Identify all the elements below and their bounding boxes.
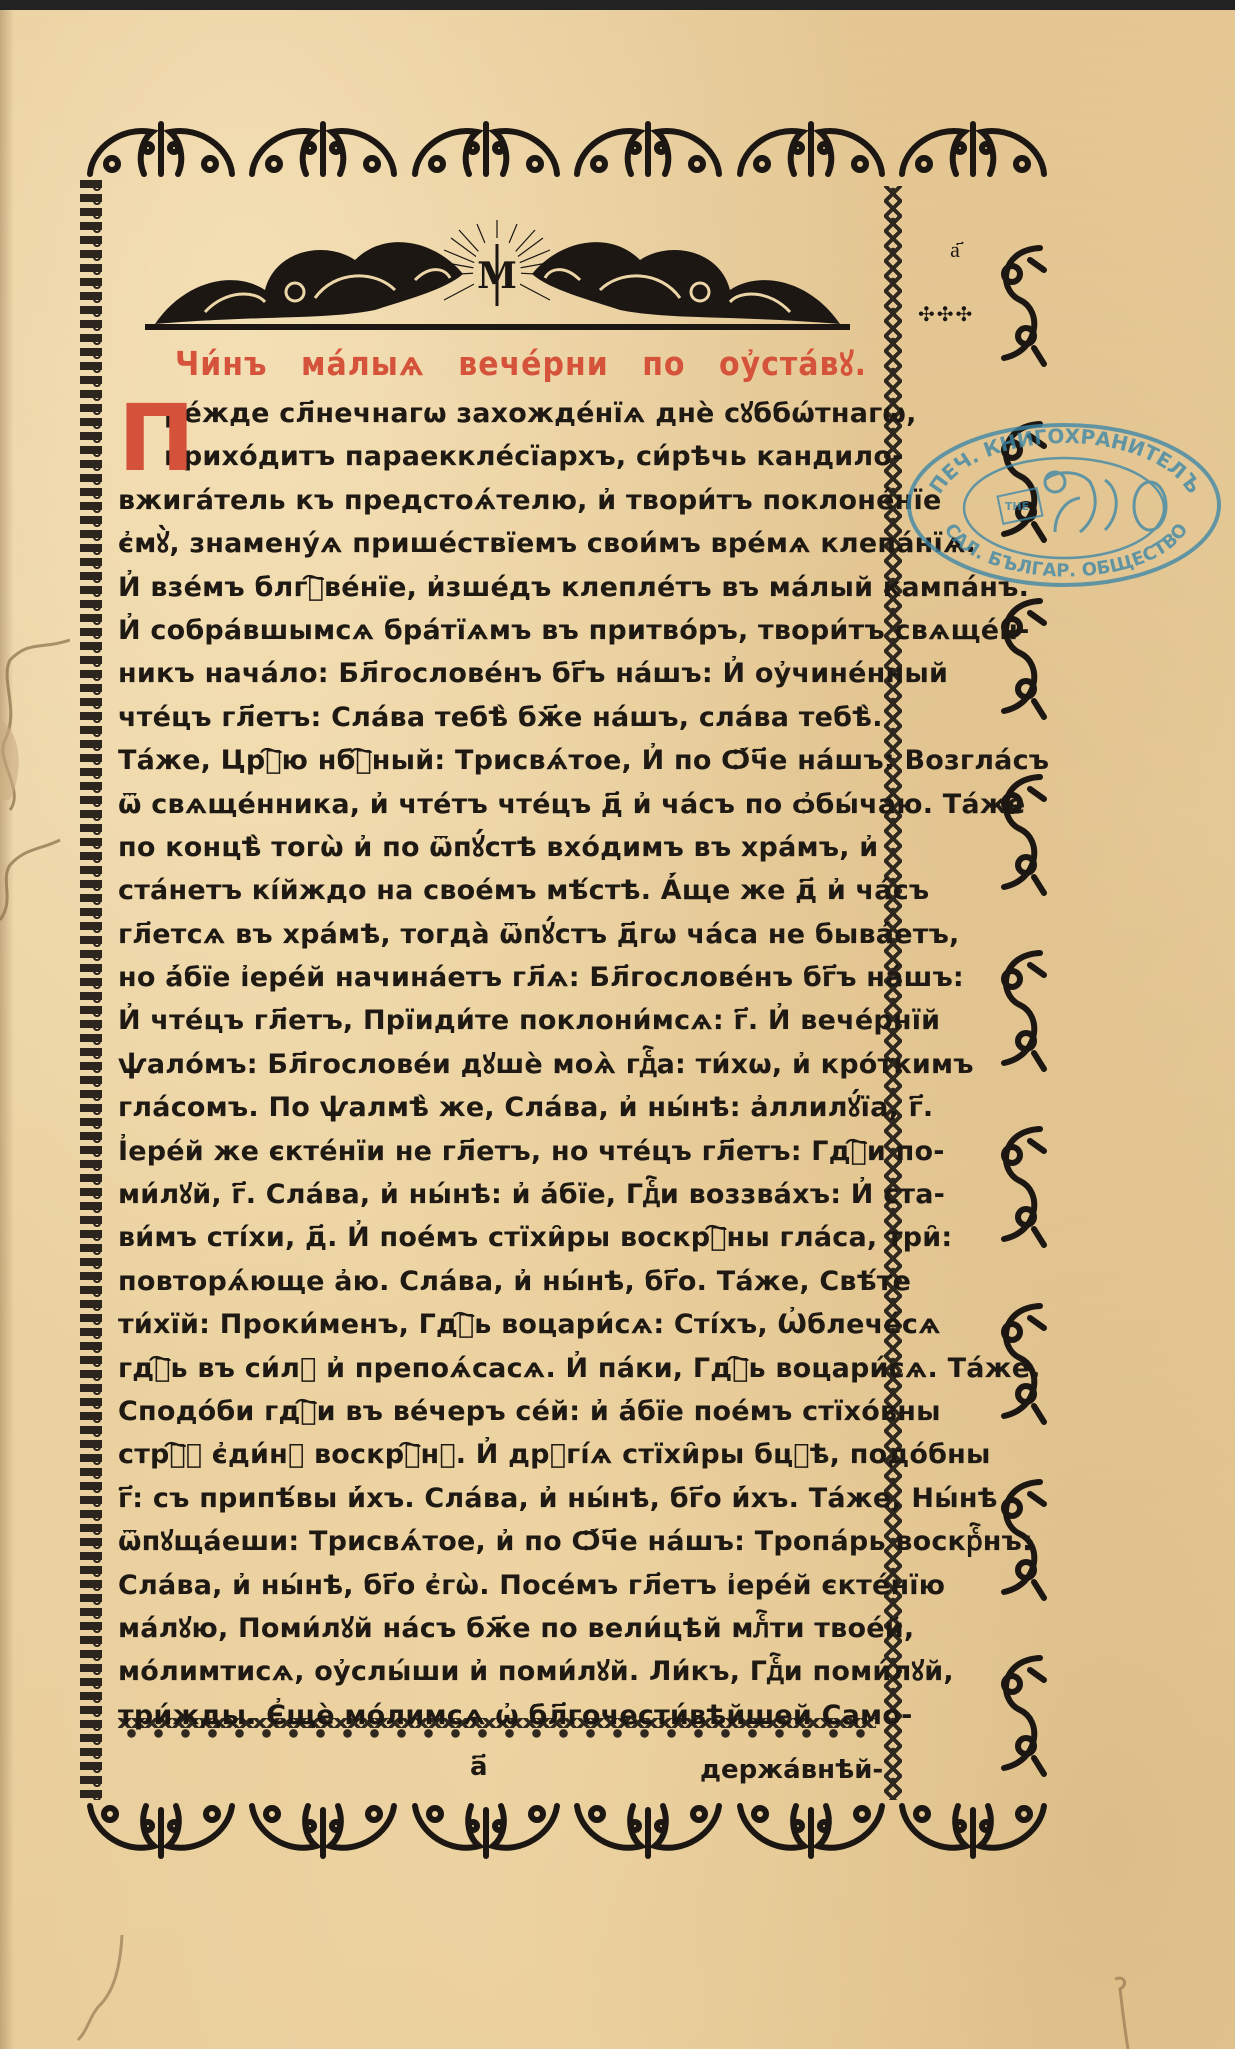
paper-damage-left (0, 620, 70, 940)
pendant-scroll-ornament-icon (569, 1800, 727, 1860)
scroll-ornament-icon (990, 240, 1050, 390)
pendant-scroll-ornament-icon (82, 1800, 240, 1860)
page-top-edge (0, 0, 1235, 10)
pendant-scroll-ornament-icon (894, 1800, 1052, 1860)
library-stamp: ПЕЧ. КНИГОХРАНИТЕЛЪ САЛ. БЪЛГАР. ОБЩЕСТВ… (905, 420, 1223, 590)
pendant-scroll-ornament-icon (732, 1800, 890, 1860)
headpiece-woodcut: M (145, 220, 850, 332)
text-line: чте́цъ гл҃етъ: Сла́ва тебѣ̀ бж҃е на́шъ, … (118, 696, 876, 739)
stamp-inner-label: ТНЕ (1005, 500, 1029, 513)
signature-mark: а҃ (470, 1752, 488, 1782)
top-border-ornament (82, 118, 1052, 178)
text-line: ѿ свѧще́нника, и҆ чте́тъ чте́цъ д҃ и҆ ча… (118, 783, 876, 826)
fleuron-divider (118, 1718, 876, 1740)
text-line: прихо́дитъ параеккле́сїархъ, си́рѣчь кан… (118, 435, 876, 478)
sunburst-icon: M (439, 220, 555, 310)
text-line: І҆ере́й же єкте́нїи не гл҃етъ, но чте́цъ… (118, 1130, 876, 1173)
text-line: повторѧ́юще а҆ю. Сла́ва, и҆ ны́нѣ, бг҃о.… (118, 1260, 876, 1303)
acanthus-ornament-icon (82, 118, 240, 178)
scroll-ornament-icon (990, 1121, 1050, 1271)
paper-damage-bottom-left (70, 1935, 130, 2045)
text-line: вжига́тель къ предстоѧ́телю, и҆ твори́тъ… (118, 479, 876, 522)
text-line: мо́лимтисѧ, оу҆слы́ши и҆ поми́лꙋй. Ли́къ… (118, 1650, 876, 1693)
text-line: стрⷭ҇ꙋ є҆ди́нꙋ воскрⷭ҇нꙋ. И҆ дрꙋгі́ѧ стї… (118, 1433, 876, 1476)
acanthus-ornament-icon (244, 118, 402, 178)
text-line: гдⷭ҇ь въ си́лꙋ и҆ препоѧ́сасѧ. И҆ па́ки,… (118, 1347, 876, 1390)
scroll-ornament-icon (990, 1650, 1050, 1800)
lion-icon (1045, 472, 1116, 532)
text-line: ма́лꙋю, Поми́лꙋй на́съ бж҃е по вели́цѣй … (118, 1607, 876, 1650)
text-line: Сподо́би гдⷭ҇и въ ве́черъ се́й: и҆ а҆́бї… (118, 1390, 876, 1433)
text-line: И҆ собра́вшымсѧ бра́тїѧмъ въ притво́ръ, … (118, 609, 876, 652)
text-line: И҆ чте́цъ гл҃етъ, Прїиди́те поклони́мсѧ:… (118, 999, 876, 1042)
text-line: ѱало́мъ: Бл҃гослове́и дꙋшѐ моѧ̀ гдⷭ҇а: т… (118, 1043, 876, 1086)
text-line: Та́же, Црⷭ҇ю нбⷭ҇ный: Трисвѧ́тое, И҆ по … (118, 739, 876, 782)
acanthus-ornament-icon (569, 118, 727, 178)
catchword: держа́внѣй- (700, 1755, 870, 1785)
acanthus-ornament-icon (732, 118, 890, 178)
pendant-scroll-ornament-icon (407, 1800, 565, 1860)
text-line: по концѣ̀ тогѡ̀ и҆ по ѿпꙋ́стѣ вхо́димъ в… (118, 826, 876, 869)
gutter-shadow (0, 10, 14, 2049)
text-line: є҆мꙋ̀, знамену́ѧ прише́ствїемъ свои́мъ в… (118, 522, 876, 565)
text-line: ви́мъ сті́хи, д҃. И҆ пое́мъ стїхи̑ры вос… (118, 1216, 876, 1259)
text-line: ста́нетъ кі́йждо на свое́мъ мѣ́стѣ. А҆́щ… (118, 869, 876, 912)
text-line: И҆ взе́мъ блгⷭ҇ве́нїе, и҆зше́дъ клепле́т… (118, 566, 876, 609)
acanthus-ornament-icon (894, 118, 1052, 178)
text-line: г҃: съ припѣ́вы и҆́хъ. Сла́ва, и҆ ны́нѣ,… (118, 1477, 876, 1520)
text-line: гла́сомъ. По ѱалмѣ̀ же, Сла́ва, и҆ ны́нѣ… (118, 1086, 876, 1129)
bottom-border-ornament (82, 1800, 1052, 1860)
red-drop-initial: П (118, 396, 162, 482)
text-line: но а҆́бїе і҆ере́й начина́етъ гл҃ѧ: Бл҃го… (118, 956, 876, 999)
paper-damage-bottom-right (1100, 1975, 1140, 2049)
text-line: ѿпꙋща́еши: Трисвѧ́тое, и҆ по Ѻ҆́ч҃е на́ш… (118, 1520, 876, 1563)
text-line: ре́жде сл҃нечнагѡ захожде́нїѧ днѐ сꙋббѡ́… (118, 392, 876, 435)
pendant-scroll-ornament-icon (244, 1800, 402, 1860)
text-line: никъ нача́ло: Бл҃гослове́нъ бг҃ъ на́шъ: … (118, 652, 876, 695)
shield-icon (1134, 482, 1166, 530)
text-line: гл҃етсѧ въ хра́мѣ, тогда̀ ѿпꙋ́стъ д҃гѡ ч… (118, 913, 876, 956)
acanthus-ornament-icon (407, 118, 565, 178)
left-border-ornament (80, 180, 102, 1800)
body-text: П ре́жде сл҃нечнагѡ захожде́нїѧ днѐ сꙋбб… (118, 392, 876, 1737)
rubric-title: Чи́нъ ма́лыѧ вече́рни по оу҆ста́вꙋ. (175, 340, 875, 385)
scroll-ornament-icon (990, 945, 1050, 1095)
folio-ornament: ✣✣✣ (918, 302, 974, 326)
text-line: ти́хїй: Проки́менъ, Гдⷭ҇ь воцари́сѧ: Сті… (118, 1303, 876, 1346)
text-line: ми́лꙋй, г҃. Сла́ва, и҆ ны́нѣ: и҆ а҆́бїе,… (118, 1173, 876, 1216)
folio-number: а҃ (940, 237, 970, 263)
text-line: Сла́ва, и҆ ны́нѣ, бг҃о є҆гѡ̀. Посе́мъ гл… (118, 1564, 876, 1607)
